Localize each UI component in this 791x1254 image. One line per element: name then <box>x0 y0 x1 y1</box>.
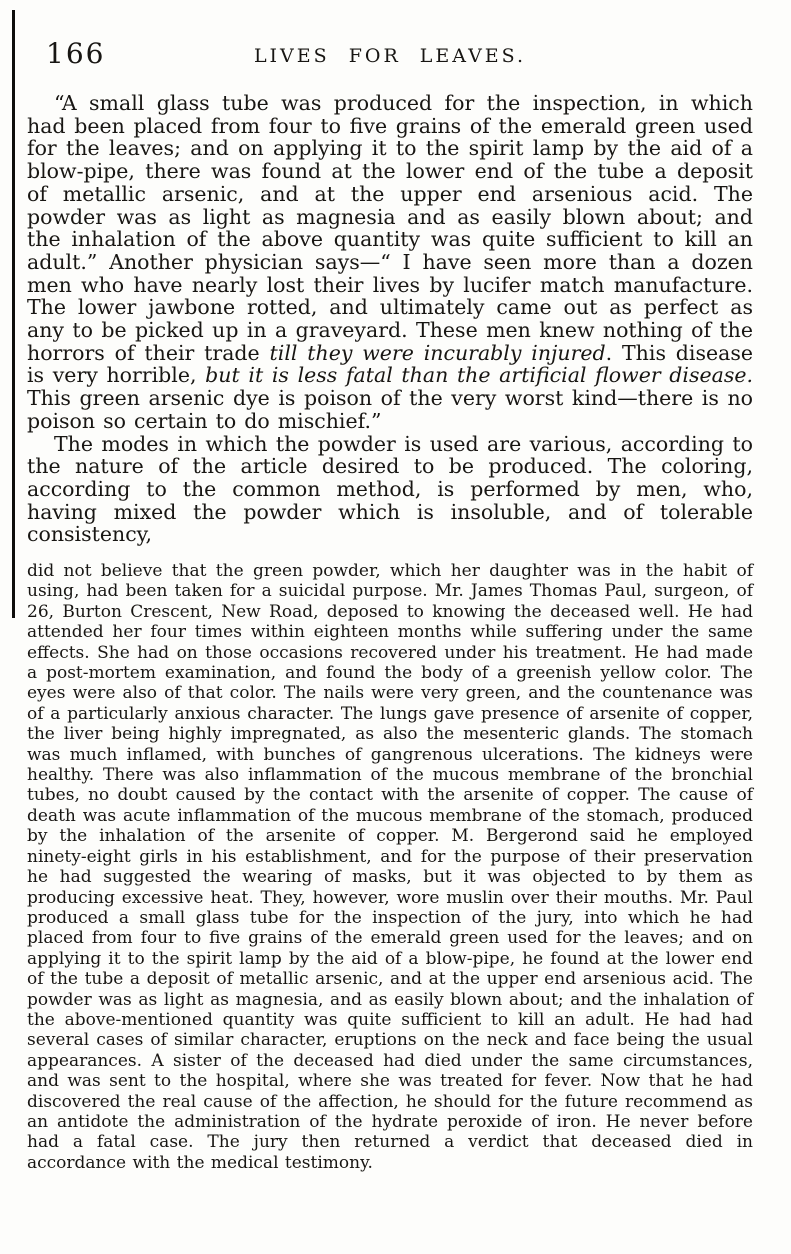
footnote-paragraph: did not believe that the green powder, w… <box>27 561 753 1173</box>
paragraph-text: This green arsenic dye is poison of the … <box>27 386 753 433</box>
running-head: LIVES FOR LEAVES. <box>27 47 753 66</box>
page-border-line <box>12 10 15 618</box>
main-paragraph-2: The modes in which the powder is used ar… <box>27 433 753 547</box>
main-text-block: “A small glass tube was produced for the… <box>27 92 753 546</box>
book-page: 166 LIVES FOR LEAVES. “A small glass tub… <box>0 0 791 1254</box>
footnote-block: did not believe that the green powder, w… <box>27 561 753 1173</box>
italic-phrase: but it is less fatal than the artificial… <box>205 363 753 387</box>
paragraph-text: “A small glass tube was produced for the… <box>27 91 753 365</box>
italic-phrase: till they were incurably injured <box>270 341 606 365</box>
main-paragraph-1: “A small glass tube was produced for the… <box>27 92 753 433</box>
